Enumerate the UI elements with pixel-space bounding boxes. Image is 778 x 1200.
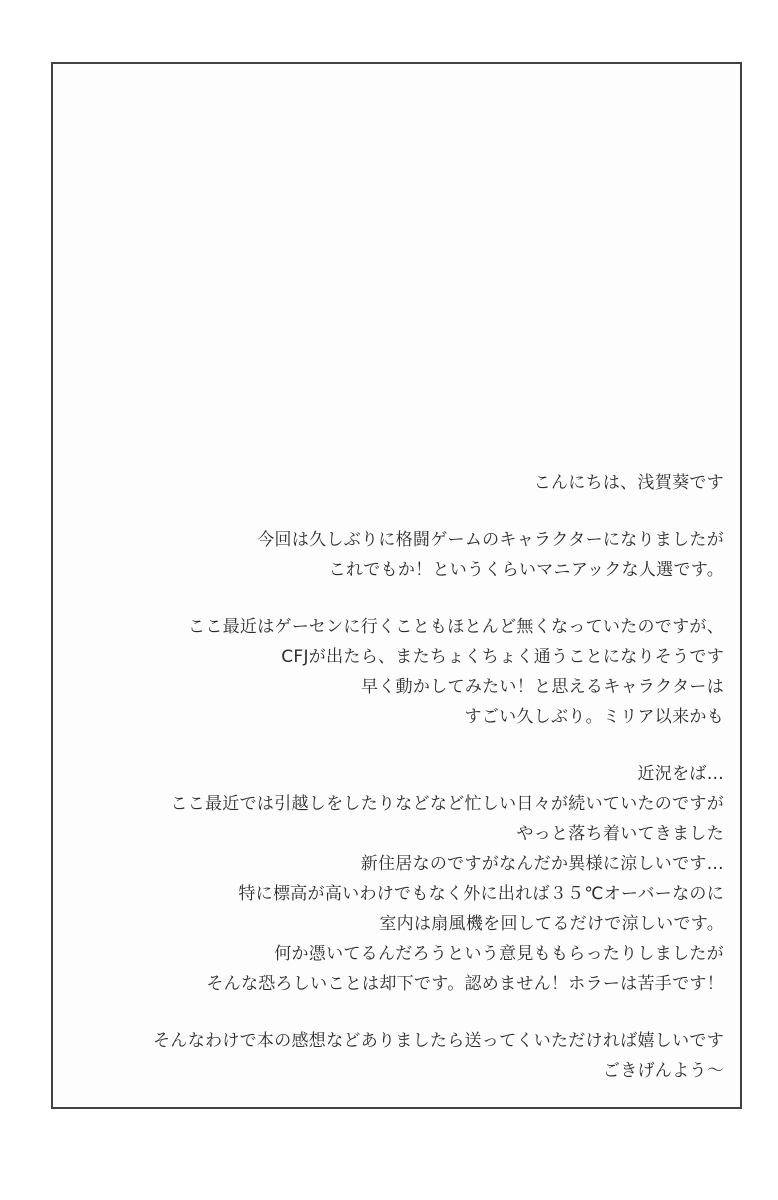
text-line: こんにちは、浅賀葵です [77, 468, 724, 498]
text-line: これでもか！というくらいマニアックな人選です。 [77, 555, 724, 585]
text-line: やっと落ち着いてきました [77, 819, 724, 849]
greeting-paragraph: こんにちは、浅賀葵です [77, 468, 724, 498]
character-selection-paragraph: 今回は久しぶりに格闘ゲームのキャラクターになりましたが これでもか！というくらい… [77, 525, 724, 585]
text-line: 近況をば… [77, 759, 724, 789]
recent-news-paragraph: 近況をば… ここ最近では引越しをしたりなどなど忙しい日々が続いていたのですが や… [77, 759, 724, 999]
text-line: 何か憑いてるんだろうという意見ももらったりしましたが [77, 939, 724, 969]
closing-paragraph: そんなわけで本の感想などありましたら送ってくいただければ嬉しいです ごきげんよう… [77, 1026, 724, 1086]
arcade-paragraph: ここ最近はゲーセンに行くこともほとんど無くなっていたのですが、 CFJが出たら、… [77, 612, 724, 732]
text-line: 室内は扇風機を回してるだけで涼しいです。 [77, 909, 724, 939]
afterword-text-block: こんにちは、浅賀葵です 今回は久しぶりに格闘ゲームのキャラクターになりましたが … [77, 468, 724, 1086]
text-line: 新住居なのですがなんだか異様に涼しいです… [77, 849, 724, 879]
text-line: そんなわけで本の感想などありましたら送ってくいただければ嬉しいです [77, 1026, 724, 1056]
text-line: ごきげんよう〜 [77, 1056, 724, 1086]
text-line: 今回は久しぶりに格闘ゲームのキャラクターになりましたが [77, 525, 724, 555]
text-line: 早く動かしてみたい！と思えるキャラクターは [77, 672, 724, 702]
text-line: そんな恐ろしいことは却下です。認めません！ホラーは苦手です！ [77, 969, 724, 999]
text-line: すごい久しぶり。ミリア以来かも [77, 702, 724, 732]
text-line: ここ最近では引越しをしたりなどなど忙しい日々が続いていたのですが [77, 789, 724, 819]
text-line: 特に標高が高いわけでもなく外に出れば３５℃オーバーなのに [77, 879, 724, 909]
text-line: ここ最近はゲーセンに行くこともほとんど無くなっていたのですが、 [77, 612, 724, 642]
text-line: CFJが出たら、またちょくちょく通うことになりそうです [77, 642, 724, 672]
page-frame: こんにちは、浅賀葵です 今回は久しぶりに格闘ゲームのキャラクターになりましたが … [51, 62, 742, 1109]
